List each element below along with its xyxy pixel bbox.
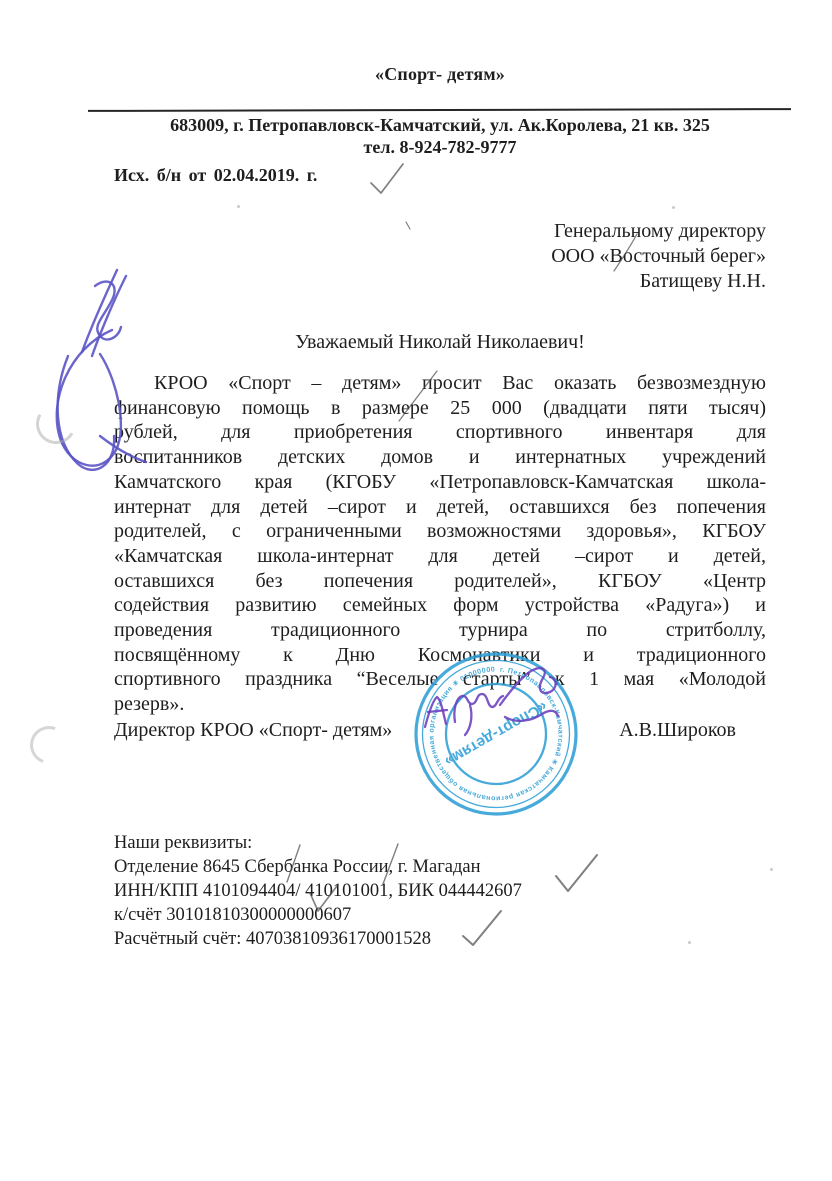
letterhead-phone: тел. 8-924-782-9777 — [40, 136, 832, 158]
body-line: «Камчатская школа-интернат для детей –си… — [114, 544, 766, 569]
salutation: Уважаемый Николай Николаевич! — [114, 331, 766, 354]
addressee-block: Генеральному директору ООО «Восточный бе… — [551, 219, 766, 294]
body-line: воспитанников детских домов и интернатны… — [114, 445, 766, 470]
body-line: Камчатского края (КГОБУ «Петропавловск-К… — [114, 470, 766, 495]
requisites-title: Наши реквизиты: — [114, 831, 522, 855]
small-tick-mark — [406, 222, 410, 229]
signer-name: А.В.Широков — [619, 719, 736, 742]
date-checkmark-icon — [371, 164, 403, 193]
body-line: содействия развитию семейных форм устрой… — [114, 593, 766, 618]
body-line: КРОО «Спорт – детям» просит Вас оказать … — [114, 371, 766, 396]
body-line: интернат для детей –сирот и детей, остав… — [114, 495, 766, 520]
letterhead-address: 683009, г. Петропавловск-Камчатский, ул.… — [40, 114, 832, 136]
letterhead-block: 683009, г. Петропавловск-Камчатский, ул.… — [40, 114, 832, 158]
body-line: оставшихся без попечения родителей», КГБ… — [114, 569, 766, 594]
scribble-stroke — [57, 330, 121, 466]
requisites-line: Расчётный счёт: 40703810936170001528 — [114, 927, 522, 951]
requisites-line: Отделение 8645 Сбербанка России, г. Мага… — [114, 855, 522, 879]
bik-checkmark-icon — [556, 855, 597, 891]
scan-speck — [237, 205, 240, 208]
requisites-line: ИНН/КПП 4101094404/ 410101001, БИК 04444… — [114, 879, 522, 903]
stamp-ring-text: г. Петропавловск-Камчатский ✳ Камчатская… — [410, 648, 565, 803]
addressee-line: ООО «Восточный берег» — [551, 244, 766, 269]
requisites-block: Наши реквизиты: Отделение 8645 Сбербанка… — [114, 831, 522, 951]
scribble-stroke — [82, 270, 117, 352]
punch-hole-artifact — [32, 400, 81, 449]
body-line: проведения традиционного турнира по стри… — [114, 618, 766, 643]
addressee-line: Генеральному директору — [551, 219, 766, 244]
addressee-line: Батищеву Н.Н. — [551, 269, 766, 294]
scan-speck — [672, 206, 675, 209]
round-stamp-icon: г. Петропавловск-Камчатский ✳ Камчатская… — [410, 648, 582, 820]
org-title: «Спорт- детям» — [90, 64, 790, 85]
requisites-line: к/счёт 30101810300000000607 — [114, 903, 522, 927]
body-line: финансовую помощь в размере 25 000 (двад… — [114, 396, 766, 421]
stamp-center-text: «Спорт-детям» — [441, 697, 550, 770]
punch-hole-artifact — [24, 720, 74, 770]
reference-number-line: Исх. б/н от 02.04.2019. г. — [114, 165, 317, 186]
body-line: рублей, для приобретения спортивного инв… — [114, 420, 766, 445]
body-line: родителей, с ограниченными возможностями… — [114, 519, 766, 544]
scan-speck — [688, 941, 691, 944]
scan-speck — [770, 868, 773, 871]
letterhead-divider — [88, 108, 791, 112]
letter-page: «Спорт- детям» 683009, г. Петропавловск-… — [0, 0, 832, 1181]
signer-position: Директор КРОО «Спорт- детям» — [114, 719, 392, 742]
